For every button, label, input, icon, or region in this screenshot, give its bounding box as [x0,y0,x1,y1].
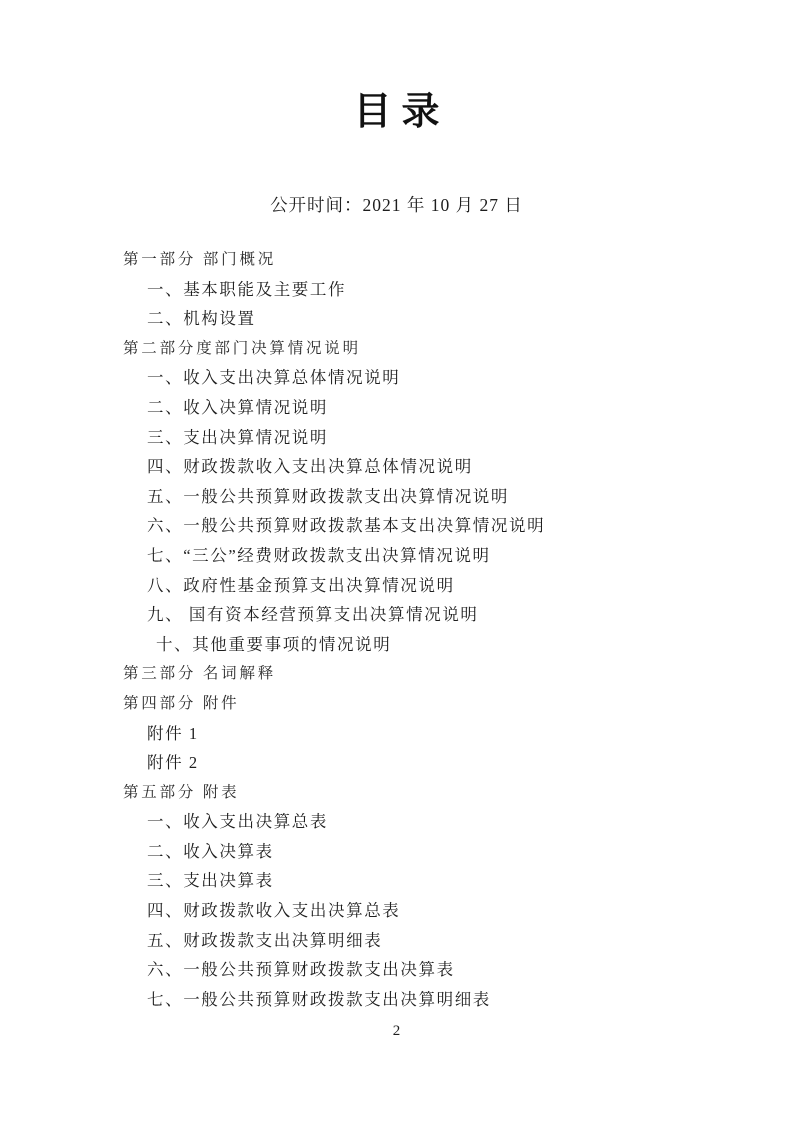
toc-entry-appendix: 附件 2 [0,748,793,778]
toc-entry: 三、支出决算情况说明 [0,423,793,453]
toc-entry: 九、 国有资本经营预算支出决算情况说明 [0,600,793,630]
toc-entry: 七、一般公共预算财政拨款支出决算明细表 [0,985,793,1015]
toc-entry: 五、财政拨款支出决算明细表 [0,926,793,956]
toc-entry: 二、机构设置 [0,304,793,334]
toc-entry-part-1: 第一部分 部门概况 [0,245,793,275]
toc-entry-part-3: 第三部分 名词解释 [0,659,793,689]
toc-entry: 十、其他重要事项的情况说明 [0,630,793,660]
toc-entry: 三、支出决算表 [0,866,793,896]
toc-entry-appendix: 附件 1 [0,719,793,749]
toc-entry: 六、一般公共预算财政拨款支出决算表 [0,955,793,985]
toc-entry: 五、一般公共预算财政拨款支出决算情况说明 [0,482,793,512]
toc-entry: 八、政府性基金预算支出决算情况说明 [0,571,793,601]
page-number: 2 [0,1020,793,1042]
publish-time-text: 公开时间：2021 年 10 月 27 日 [0,193,793,217]
toc-entry: 一、收入支出决算总表 [0,807,793,837]
toc-entry-part-5: 第五部分 附表 [0,778,793,808]
toc-entry: 六、一般公共预算财政拨款基本支出决算情况说明 [0,511,793,541]
toc-entry: 二、收入决算情况说明 [0,393,793,423]
document-page: 目录 公开时间：2021 年 10 月 27 日 第一部分 部门概况 一、基本职… [0,0,793,1122]
toc-entry-part-4: 第四部分 附件 [0,689,793,719]
toc-entry: 一、收入支出决算总体情况说明 [0,363,793,393]
toc-entry: 一、基本职能及主要工作 [0,275,793,305]
page-title: 目录 [0,90,793,134]
toc-entry-part-2: 第二部分度部门决算情况说明 [0,334,793,364]
toc-entry: 四、财政拨款收入支出决算总体情况说明 [0,452,793,482]
toc-entry: 二、收入决算表 [0,837,793,867]
toc-entry: 四、财政拨款收入支出决算总表 [0,896,793,926]
table-of-contents: 第一部分 部门概况 一、基本职能及主要工作 二、机构设置 第二部分度部门决算情况… [0,245,793,1014]
toc-entry: 七、“三公”经费财政拨款支出决算情况说明 [0,541,793,571]
